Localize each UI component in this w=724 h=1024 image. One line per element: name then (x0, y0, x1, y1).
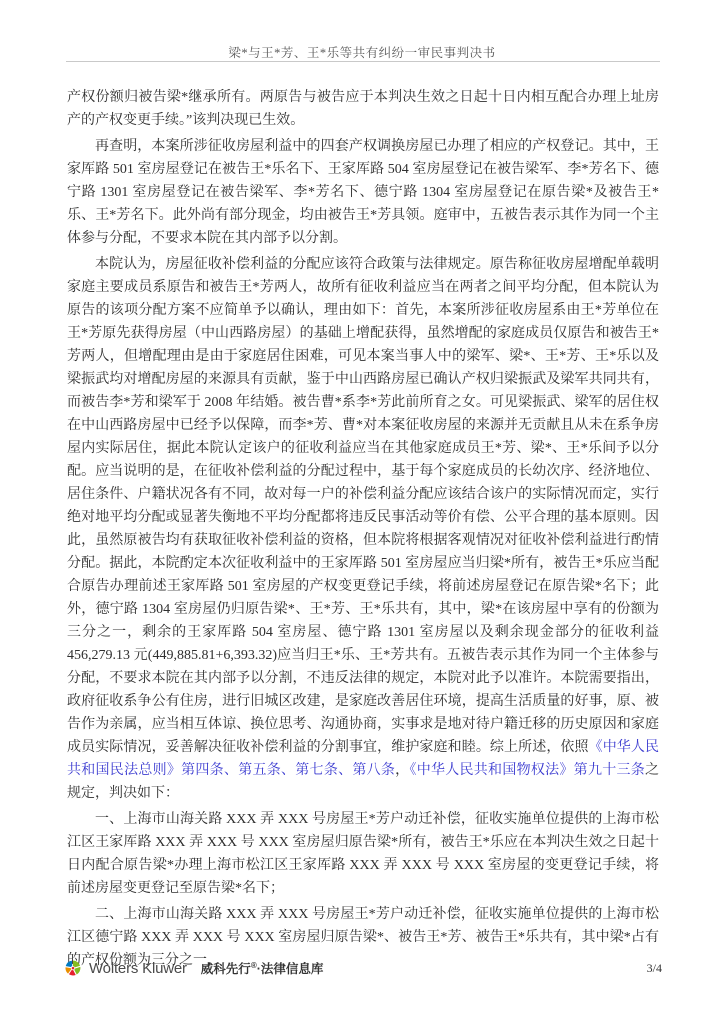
title-divider (66, 61, 660, 62)
paragraph-text: ， (395, 763, 409, 778)
paragraph-text: 本院认为，房屋征收补偿利益的分配应该符合政策与法律规定。原告称征收房屋增配单载明… (67, 257, 659, 755)
brand-cn-suffix: ·法律信息库 (257, 962, 324, 976)
document-body: 产权份额归被告梁*继承所有。两原告与被告应于本判决生效之日起十日内相互配合办理上… (67, 86, 659, 975)
wolters-kluwer-logo-icon (64, 959, 82, 977)
page-number-indicator: 3/4 (647, 961, 662, 976)
para-prior-judgment-quote: 产权份额归被告梁*继承所有。两原告与被告应于本判决生效之日起十日内相互配合办理上… (67, 86, 659, 132)
brand-chinese-label: 威科先行®·法律信息库 (201, 959, 324, 977)
judgment-document-page: 梁*与王*芳、王*乐等共有纠纷一审民事判决书 产权份额归被告梁*继承所有。两原告… (0, 0, 724, 1024)
paragraph-text: 产权份额归被告梁*继承所有。两原告与被告应于本判决生效之日起十日内相互配合办理上… (67, 90, 659, 128)
footer: Wolters Kluwer 威科先行®·法律信息库 3/4 (64, 959, 666, 977)
para-court-opinion: 本院认为，房屋征收补偿利益的分配应该符合政策与法律规定。原告称征收房屋增配单载明… (67, 253, 659, 805)
brand-cn-text: 威科先行 (201, 962, 251, 976)
wolters-kluwer-wordmark: Wolters Kluwer (89, 960, 187, 977)
document-title: 梁*与王*芳、王*乐等共有纠纷一审民事判决书 (0, 43, 724, 61)
para-ruling-item-1: 一、上海市山海关路 XXX 弄 XXX 号房屋王*芳户动迁补偿，征收实施单位提供… (67, 808, 659, 900)
law-reference-link[interactable]: 《中华人民共和国物权法》第九十三条 (409, 763, 645, 778)
para-further-findings: 再查明，本案所涉征收房屋利益中的四套产权调换房屋已办理了相应的产权登记。其中，王… (67, 135, 659, 250)
paragraph-text: 一、上海市山海关路 XXX 弄 XXX 号房屋王*芳户动迁补偿，征收实施单位提供… (67, 812, 659, 896)
paragraph-text: 再查明，本案所涉征收房屋利益中的四套产权调换房屋已办理了相应的产权登记。其中，王… (67, 139, 659, 246)
